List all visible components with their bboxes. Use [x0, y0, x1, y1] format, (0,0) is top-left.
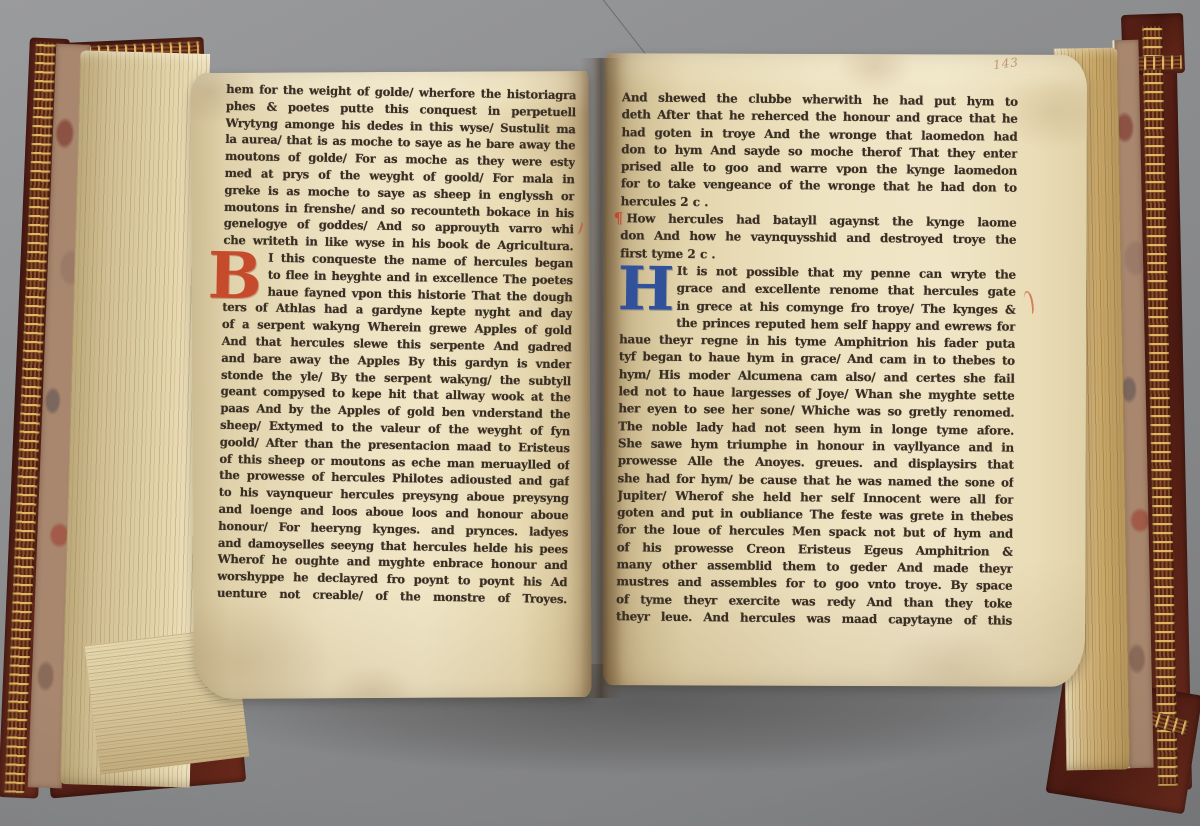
photo-backdrop: hem for the weight of golde/ wherfore th… [0, 0, 1200, 826]
marginal-mark [1023, 290, 1035, 315]
paragraph-hercules-conquest: B I this conqueste the name of hercules … [217, 249, 573, 608]
drop-cap-b: B [207, 248, 260, 299]
text-line: theyr leue. And hercules was maad capyta… [616, 608, 1012, 630]
chapter-heading: ¶ How hercules had batayll agaynst the k… [620, 210, 1017, 266]
paragraph-laomedon-wrong: And shewed the clubbe wherwith he had pu… [621, 89, 1018, 215]
left-page: hem for the weight of golde/ wherfore th… [190, 71, 591, 699]
right-page-text: And shewed the clubbe wherwith he had pu… [616, 89, 1018, 630]
heading-lines: How hercules had batayll agaynst the kyn… [620, 210, 1017, 266]
folio-number: 143 [992, 55, 1019, 72]
gutter-shadow [580, 58, 622, 698]
right-page: 143 And shewed the clubbe wherwith he ha… [603, 53, 1087, 687]
paragraph-lines: It is not possible that my penne can wry… [616, 262, 1016, 630]
drop-cap-h: H [617, 262, 668, 315]
paragraph-hercules-return: H It is not possible that my penne can w… [616, 262, 1016, 630]
left-page-text: hem for the weight of golde/ wherfore th… [217, 81, 576, 608]
paragraph-lines: I this conqueste the name of hercules be… [217, 249, 573, 608]
paragraph-golden-fleece: hem for the weight of golde/ wherfore th… [223, 81, 576, 255]
open-book: hem for the weight of golde/ wherfore th… [14, 28, 1184, 806]
